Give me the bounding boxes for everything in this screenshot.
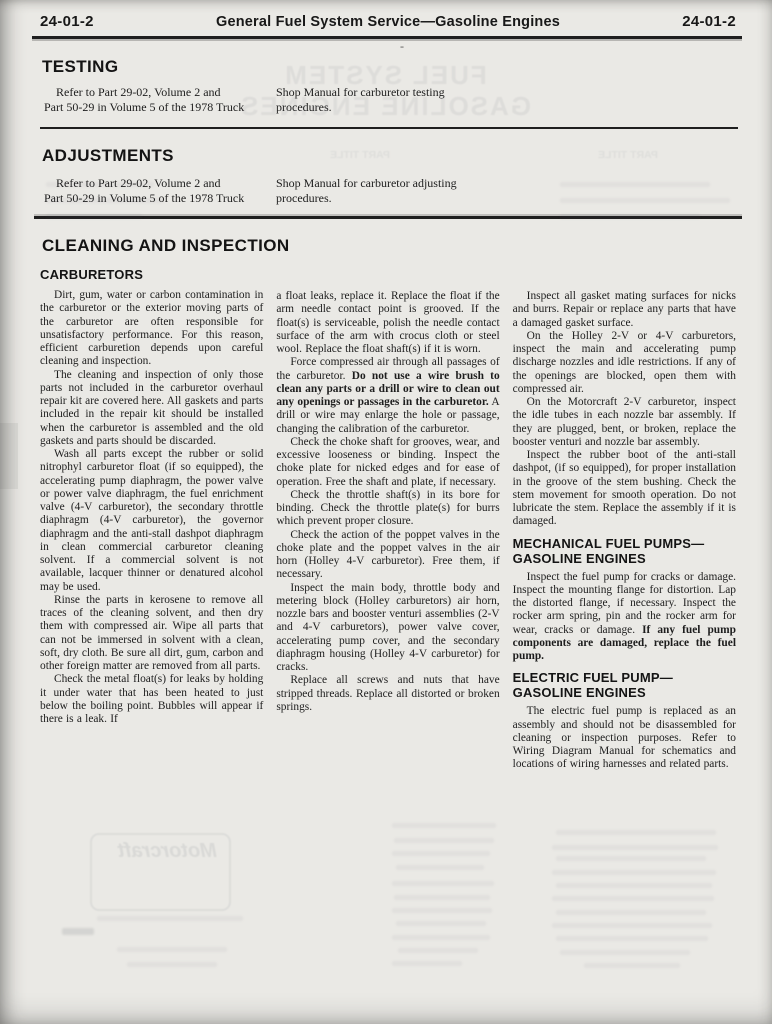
paragraph: Inspect the fuel pump for cracks or dama… (513, 571, 736, 664)
section-divider (40, 127, 738, 129)
adjustments-reference: Refer to Part 29-02, Volume 2 and Part 5… (44, 176, 516, 206)
page-title: General Fuel System Service—Gasoline Eng… (150, 14, 626, 30)
paragraph: Check the metal float(s) for leaks by ho… (40, 673, 263, 726)
bleedthrough-line (560, 182, 710, 187)
header-rule (32, 36, 742, 39)
bleedthrough-line (560, 198, 730, 203)
bleedthrough-line (392, 908, 492, 913)
column-subheading: ELECTRIC FUEL PUMP—GASOLINE ENGINES (513, 670, 736, 700)
column-2: a float leaks, replace it. Replace the f… (276, 267, 499, 772)
text-line: Refer to Part 29-02, Volume 2 and (44, 85, 260, 100)
scan-edge-tab (0, 423, 18, 489)
column-1: CARBURETORSDirt, gum, water or carbon co… (40, 267, 263, 772)
text-line: procedures. (276, 191, 516, 206)
bleedthrough-line (556, 830, 716, 835)
bleedthrough-line (552, 845, 718, 850)
section-divider (34, 216, 742, 219)
bleedthrough-line (394, 895, 490, 900)
paragraph: Inspect the rubber boot of the anti-stal… (513, 449, 736, 529)
paragraph: Check the choke shaft for grooves, wear,… (276, 436, 499, 489)
bleedthrough-line (392, 851, 490, 856)
paragraph: Rinse the parts in kerosene to remove al… (40, 594, 263, 674)
paragraph: Check the action of the poppet valves in… (276, 529, 499, 582)
paragraph: The cleaning and inspection of only thos… (40, 369, 263, 449)
bleedthrough-line (556, 936, 708, 941)
paragraph: Check the throttle shaft(s) in its bore … (276, 489, 499, 529)
paragraph: Inspect the main body, throttle body and… (276, 582, 499, 675)
bleedthrough-table-header: PART TITLE (330, 149, 390, 161)
bleedthrough-line (97, 916, 243, 921)
bleedthrough-line (584, 963, 680, 968)
bleedthrough-line (396, 921, 486, 926)
column-3: Inspect all gasket mating surfaces for n… (513, 267, 736, 772)
paragraph: Replace all screws and nuts that have st… (276, 674, 499, 714)
bleedthrough-line (398, 948, 478, 953)
bleedthrough-line (552, 923, 712, 928)
page-header: 24-01-2 General Fuel System Service—Gaso… (40, 13, 736, 30)
adjustments-ref-right: Shop Manual for carburetor adjusting pro… (276, 176, 516, 206)
bleedthrough-line (556, 883, 712, 888)
paragraph: Dirt, gum, water or carbon contamination… (40, 289, 263, 369)
paragraph: On the Holley 2-V or 4-V carburetors, in… (513, 330, 736, 396)
bleedthrough-table-header: PART TITLE (598, 149, 658, 161)
paragraph: Force compressed air through all passage… (276, 356, 499, 436)
testing-ref-right: Shop Manual for carburetor testing proce… (276, 85, 516, 115)
text-line: Shop Manual for carburetor testing (276, 85, 516, 100)
text-line: Shop Manual for carburetor adjusting (276, 176, 516, 191)
section-heading-adjustments: ADJUSTMENTS (42, 146, 174, 166)
bleedthrough-line (396, 865, 484, 870)
bleedthrough-line (552, 896, 714, 901)
bleedthrough-line (556, 856, 706, 861)
bleedthrough-line (392, 823, 496, 828)
testing-reference: Refer to Part 29-02, Volume 2 and Part 5… (44, 85, 516, 115)
bleedthrough-line (392, 881, 494, 886)
bleedthrough-line (552, 870, 716, 875)
column-subheading: MECHANICAL FUEL PUMPS—GASOLINE ENGINES (513, 536, 736, 566)
testing-ref-left: Refer to Part 29-02, Volume 2 and Part 5… (44, 85, 260, 115)
column-subheading: CARBURETORS (40, 267, 263, 282)
section-heading-cleaning: CLEANING AND INSPECTION (42, 236, 290, 256)
text-line: Part 50-29 in Volume 5 of the 1978 Truck (44, 100, 260, 115)
bleedthrough-line (392, 961, 462, 966)
page-number-left: 24-01-2 (40, 13, 150, 30)
bleedthrough-line (556, 910, 706, 915)
bleedthrough-line (127, 962, 217, 967)
paragraph: On the Motorcraft 2-V carburetor, inspec… (513, 396, 736, 449)
text-line: procedures. (276, 100, 516, 115)
bleedthrough-line (394, 838, 494, 843)
bleedthrough-logo-box (90, 833, 231, 911)
text-line: Refer to Part 29-02, Volume 2 and (44, 176, 260, 191)
manual-page: 24-01-2 General Fuel System Service—Gaso… (0, 0, 772, 1024)
paragraph: The electric fuel pump is replaced as an… (513, 705, 736, 771)
body-columns: CARBURETORSDirt, gum, water or carbon co… (40, 267, 736, 772)
section-heading-testing: TESTING (42, 57, 118, 77)
paragraph: Inspect all gasket mating surfaces for n… (513, 290, 736, 330)
bleedthrough-line (560, 950, 690, 955)
paragraph: a float leaks, replace it. Replace the f… (276, 290, 499, 356)
page-number-right: 24-01-2 (626, 13, 736, 30)
stray-mark: - (400, 39, 404, 54)
text-line: Part 50-29 in Volume 5 of the 1978 Truck (44, 191, 260, 206)
bleedthrough-line (117, 947, 227, 952)
scan-smudge (62, 928, 94, 935)
adjustments-ref-left: Refer to Part 29-02, Volume 2 and Part 5… (44, 176, 260, 206)
bleedthrough-line (392, 935, 490, 940)
paragraph: Wash all parts except the rubber or soli… (40, 448, 263, 594)
